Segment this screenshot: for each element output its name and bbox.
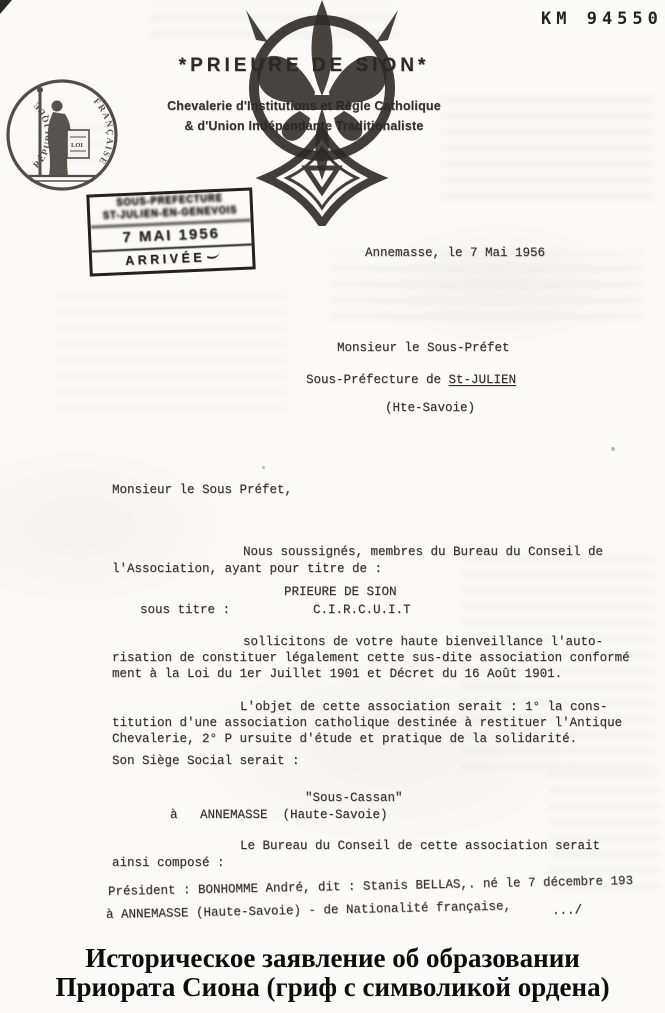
para1-line1: Nous soussignés, membres du Bureau du Co…: [243, 544, 603, 560]
para2-line2: risation de constituer légalement cette …: [112, 650, 630, 666]
para3-line1: L'objet de cette association serait : 1°…: [240, 699, 608, 715]
bleedthrough-patch: [330, 252, 645, 330]
page-continuation-mark: .../: [552, 902, 582, 919]
para2-line1: sollicitons de votre haute bienveillance…: [243, 634, 603, 650]
siege-location: à ANNEMASSE (Haute-Savoie): [170, 807, 388, 823]
subtitle-label: sous titre :: [140, 602, 230, 618]
fleur-de-lis-emblem-icon: [230, 0, 414, 226]
republique-francaise-seal-icon: RÉPUBLIQUE FRANÇAISE LOI: [4, 77, 120, 193]
recipient-line1: Monsieur le Sous-Préfet: [337, 340, 510, 356]
caption-line1: Историческое заявление об образовании: [0, 944, 665, 973]
bleedthrough-patch: [55, 282, 285, 422]
scan-speck: [262, 466, 265, 469]
para2-line3: ment à la Loi du 1er Juillet 1901 et Déc…: [112, 666, 562, 682]
siege-name: "Sous-Cassan": [305, 790, 403, 806]
recipient-line2: Sous-Préfecture de St-JULIEN: [306, 372, 516, 388]
archive-number: KM 94550: [541, 9, 663, 29]
subtitle-value: C.I.R.C.U.I.T: [313, 602, 411, 618]
bureau-line1: Le Bureau du Conseil de cette associatio…: [240, 838, 600, 854]
association-title: PRIEURE DE SION: [284, 584, 397, 600]
scan-speck: [611, 447, 615, 451]
caption-line2: Приората Сиона (гриф с символикой ордена…: [0, 973, 665, 1002]
siege-intro: Son Siège Social serait :: [112, 753, 300, 769]
arrival-stamp: SOUS-PREFECTURE ST-JULIEN-EN-GENEVOIS 7 …: [86, 187, 255, 276]
recipient-line3: (Hte-Savoie): [385, 400, 475, 416]
letter-dateline: Annemasse, le 7 Mai 1956: [365, 245, 545, 261]
president-line2: à ANNEMASSE (Haute-Savoie) - de National…: [106, 899, 511, 923]
seal-tablet-text: LOI: [71, 142, 83, 149]
para3-line3: Chevalerie, 2° P ursuite d'étude et prat…: [112, 731, 577, 747]
emblem-fleur: [246, 0, 398, 180]
bureau-line2: ainsi composé :: [112, 855, 225, 871]
stamp-flourish-mark: [207, 249, 220, 260]
salutation: Monsieur le Sous Préfet,: [112, 482, 292, 498]
scan-corner-artifact: [0, 0, 12, 14]
para1-line2: l'Association, ayant pour titre de :: [112, 561, 382, 577]
photo-caption: Историческое заявление об образовании Пр…: [0, 944, 665, 1002]
para3-line2: titution d'une association catholique de…: [112, 715, 622, 731]
recipient-line2-underlined: St-JULIEN: [449, 373, 517, 387]
scanned-letter-page: KM 94550 *PRIEURE DE SION* Chevalerie d'…: [0, 0, 665, 1013]
stamp-status-text: ARRIVÉE: [125, 251, 206, 268]
recipient-line2-prefix: Sous-Préfecture de: [306, 373, 449, 387]
